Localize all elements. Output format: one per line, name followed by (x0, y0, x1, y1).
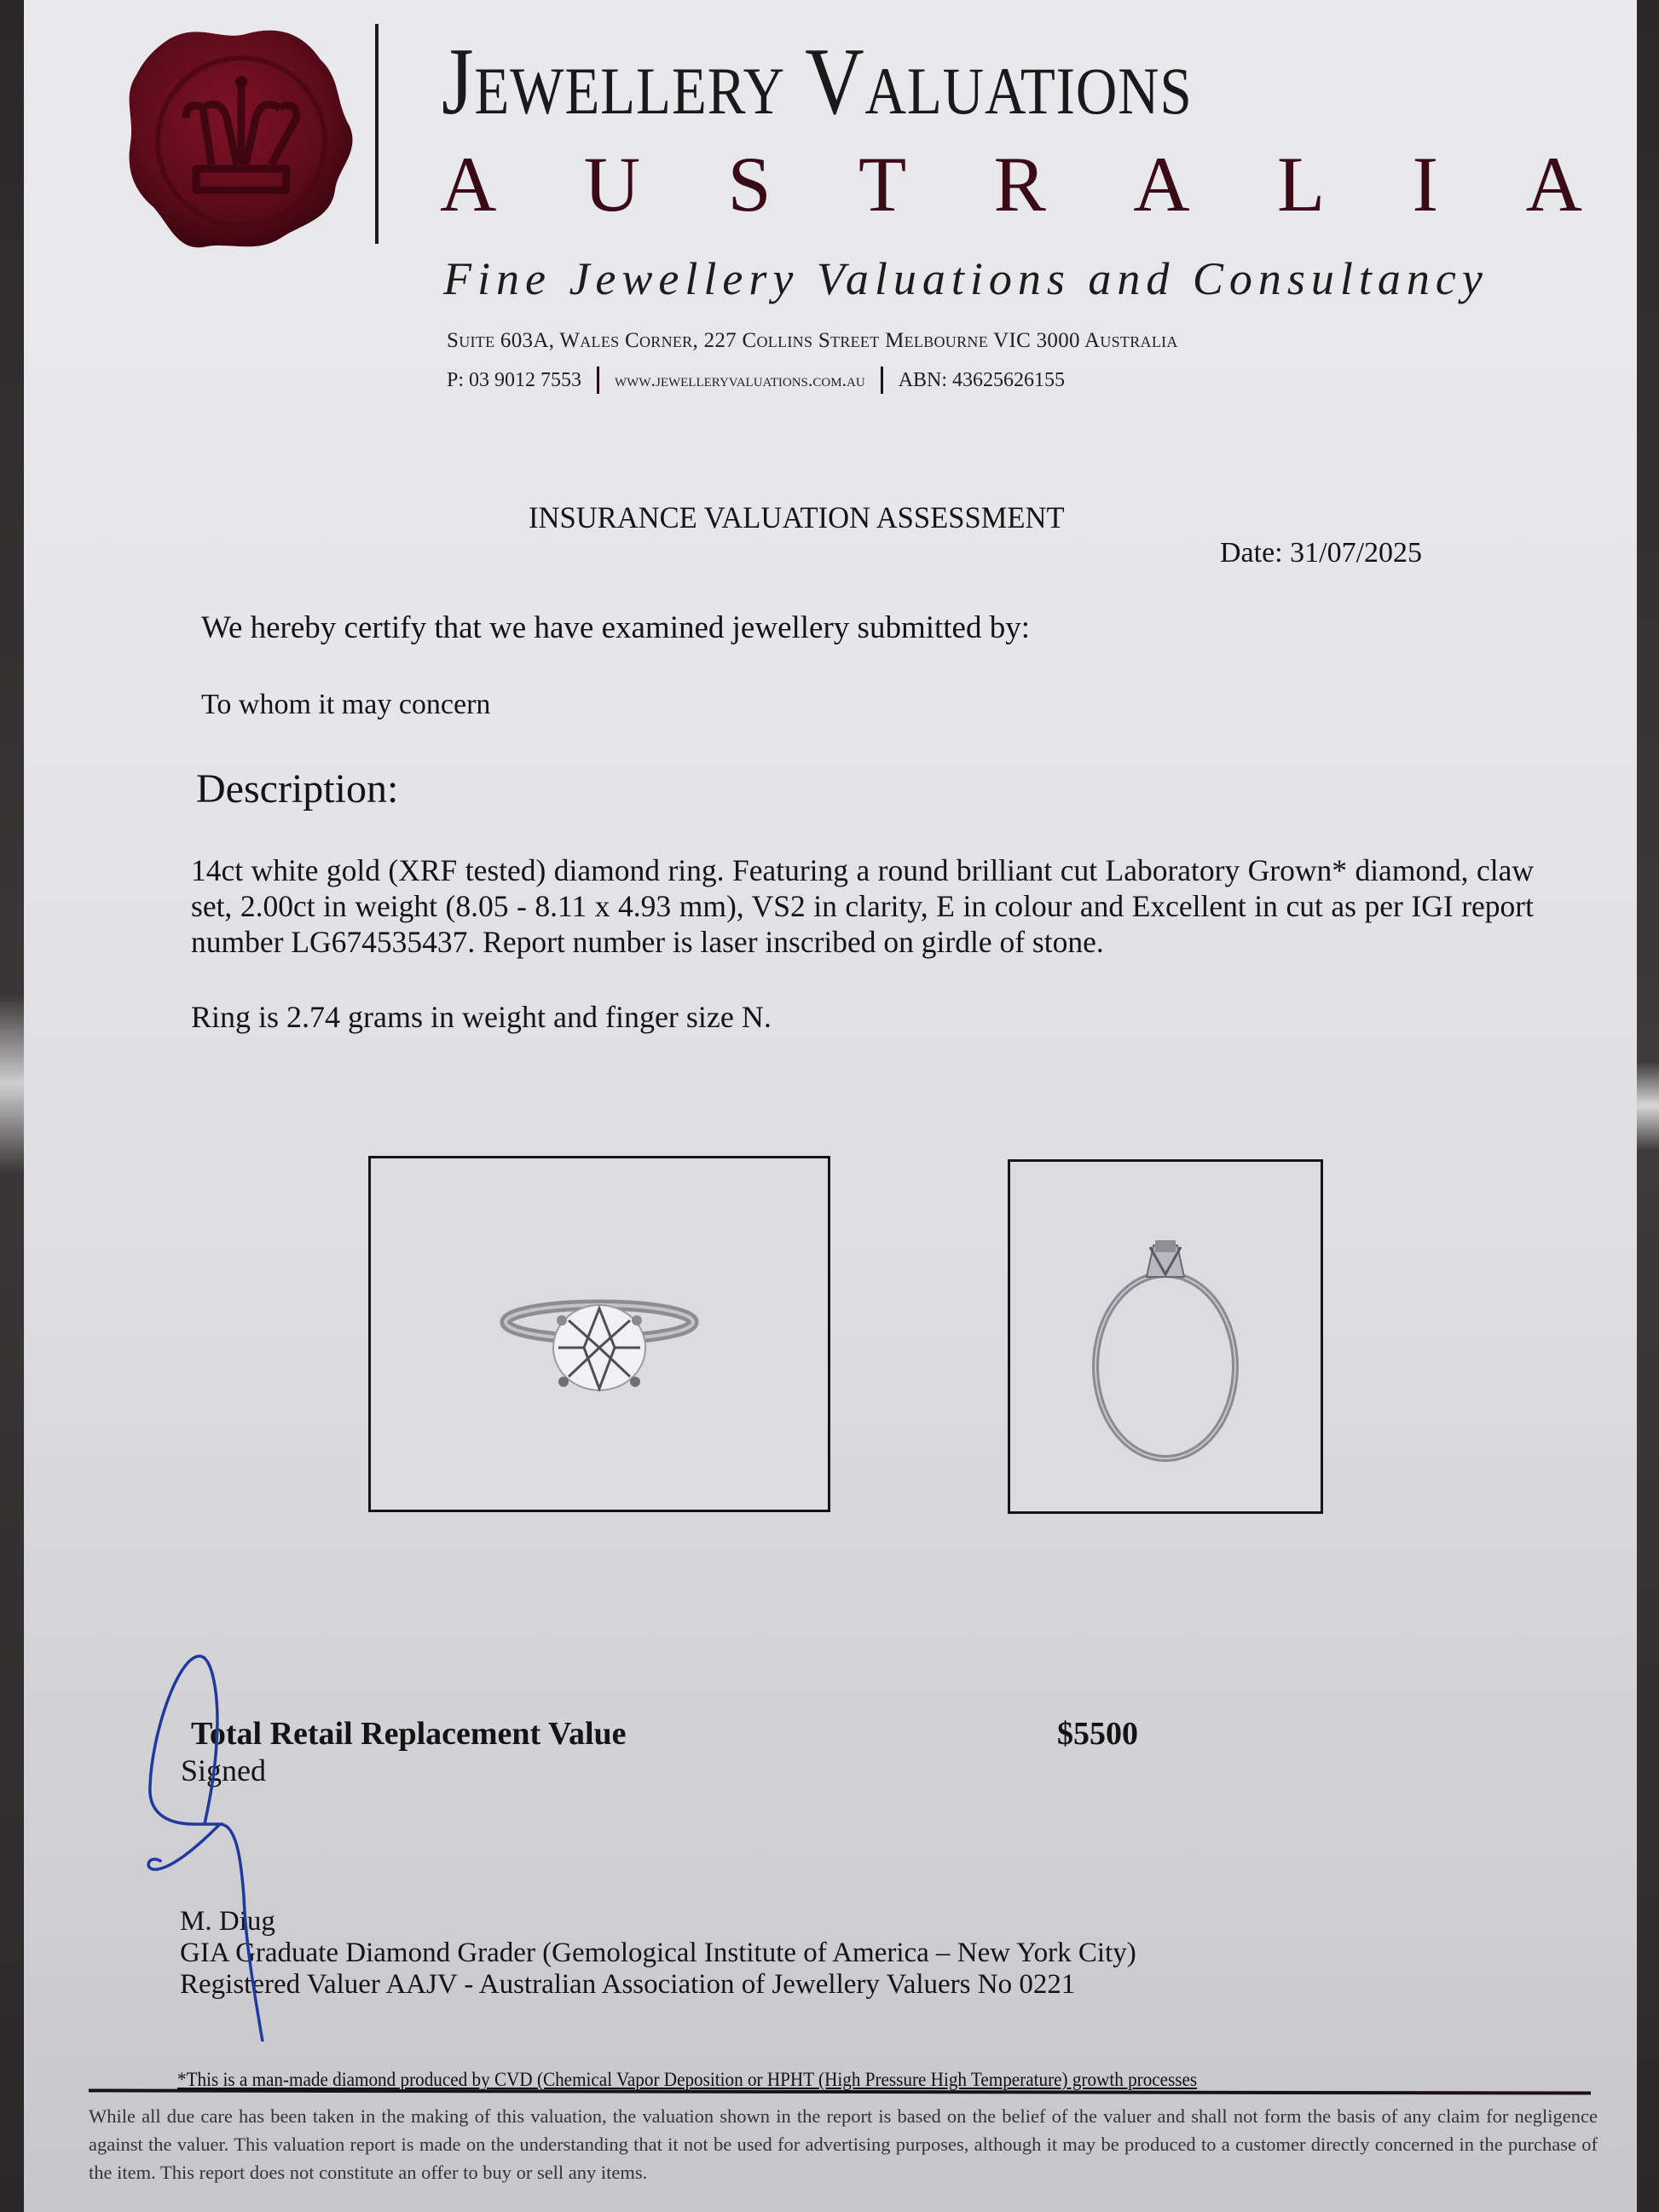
company-address: Suite 603A, Wales Corner, 227 Collins St… (447, 329, 1178, 353)
certify-statement: We hereby certify that we have examined … (201, 609, 1030, 646)
submitted-by: To whom it may concern (201, 689, 490, 721)
description-text: 14ct white gold (XRF tested) diamond rin… (191, 852, 1534, 960)
total-value-amount: $5500 (1057, 1715, 1138, 1753)
brand-country: A U S T R A L I A (440, 145, 1582, 223)
contact-separator (597, 367, 599, 394)
ring-details: Ring is 2.74 grams in weight and finger … (191, 999, 772, 1035)
brand-letter: T (858, 145, 906, 223)
description-heading: Description: (196, 765, 398, 812)
contact-line: P: 03 9012 7553 www.jewelleryvaluations.… (447, 367, 1065, 394)
valuer-registration: Registered Valuer AAJV - Australian Asso… (180, 1969, 1136, 2001)
ring-front-photo (368, 1156, 830, 1512)
tagline: Fine Jewellery Valuations and Consultanc… (443, 252, 1488, 305)
background-surface-left (0, 0, 26, 2212)
brand-name: Jewellery Valuations (442, 34, 1193, 130)
wax-seal-crown-icon (118, 15, 365, 254)
disclaimer-text: While all due care has been taken in the… (89, 2102, 1598, 2186)
brand-letter: I (1413, 145, 1439, 223)
document-title: INSURANCE VALUATION ASSESSMENT (529, 500, 1065, 535)
brand-letter: L (1277, 145, 1325, 223)
abn-number: ABN: 43625626155 (899, 369, 1065, 392)
website-link: www.jewelleryvaluations.com.au (615, 369, 865, 391)
brand-letter: S (728, 145, 772, 223)
brand-letter: A (1525, 145, 1581, 223)
ring-side-photo (1008, 1159, 1323, 1514)
background-surface-right (1633, 0, 1659, 2212)
valuer-qualification: GIA Graduate Diamond Grader (Gemological… (180, 1938, 1136, 1969)
phone-number: P: 03 9012 7553 (447, 369, 581, 392)
brand-letter: A (1133, 145, 1189, 223)
brand-letter: R (994, 145, 1046, 223)
header-divider (375, 24, 379, 244)
document-date: Date: 31/07/2025 (1220, 537, 1422, 569)
signature-mark (126, 1641, 297, 2042)
contact-separator (881, 367, 883, 394)
valuation-document-page: Jewellery Valuations A U S T R A L I A F… (24, 0, 1637, 2212)
brand-letter: U (584, 145, 640, 223)
footer-rule (89, 2088, 1591, 2094)
valuer-name: M. Diug (180, 1906, 1136, 1938)
valuer-block: M. Diug GIA Graduate Diamond Grader (Gem… (180, 1906, 1136, 2001)
brand-letter: A (440, 145, 496, 223)
lab-grown-footnote: *This is a man-made diamond produced by … (177, 2069, 1197, 2091)
